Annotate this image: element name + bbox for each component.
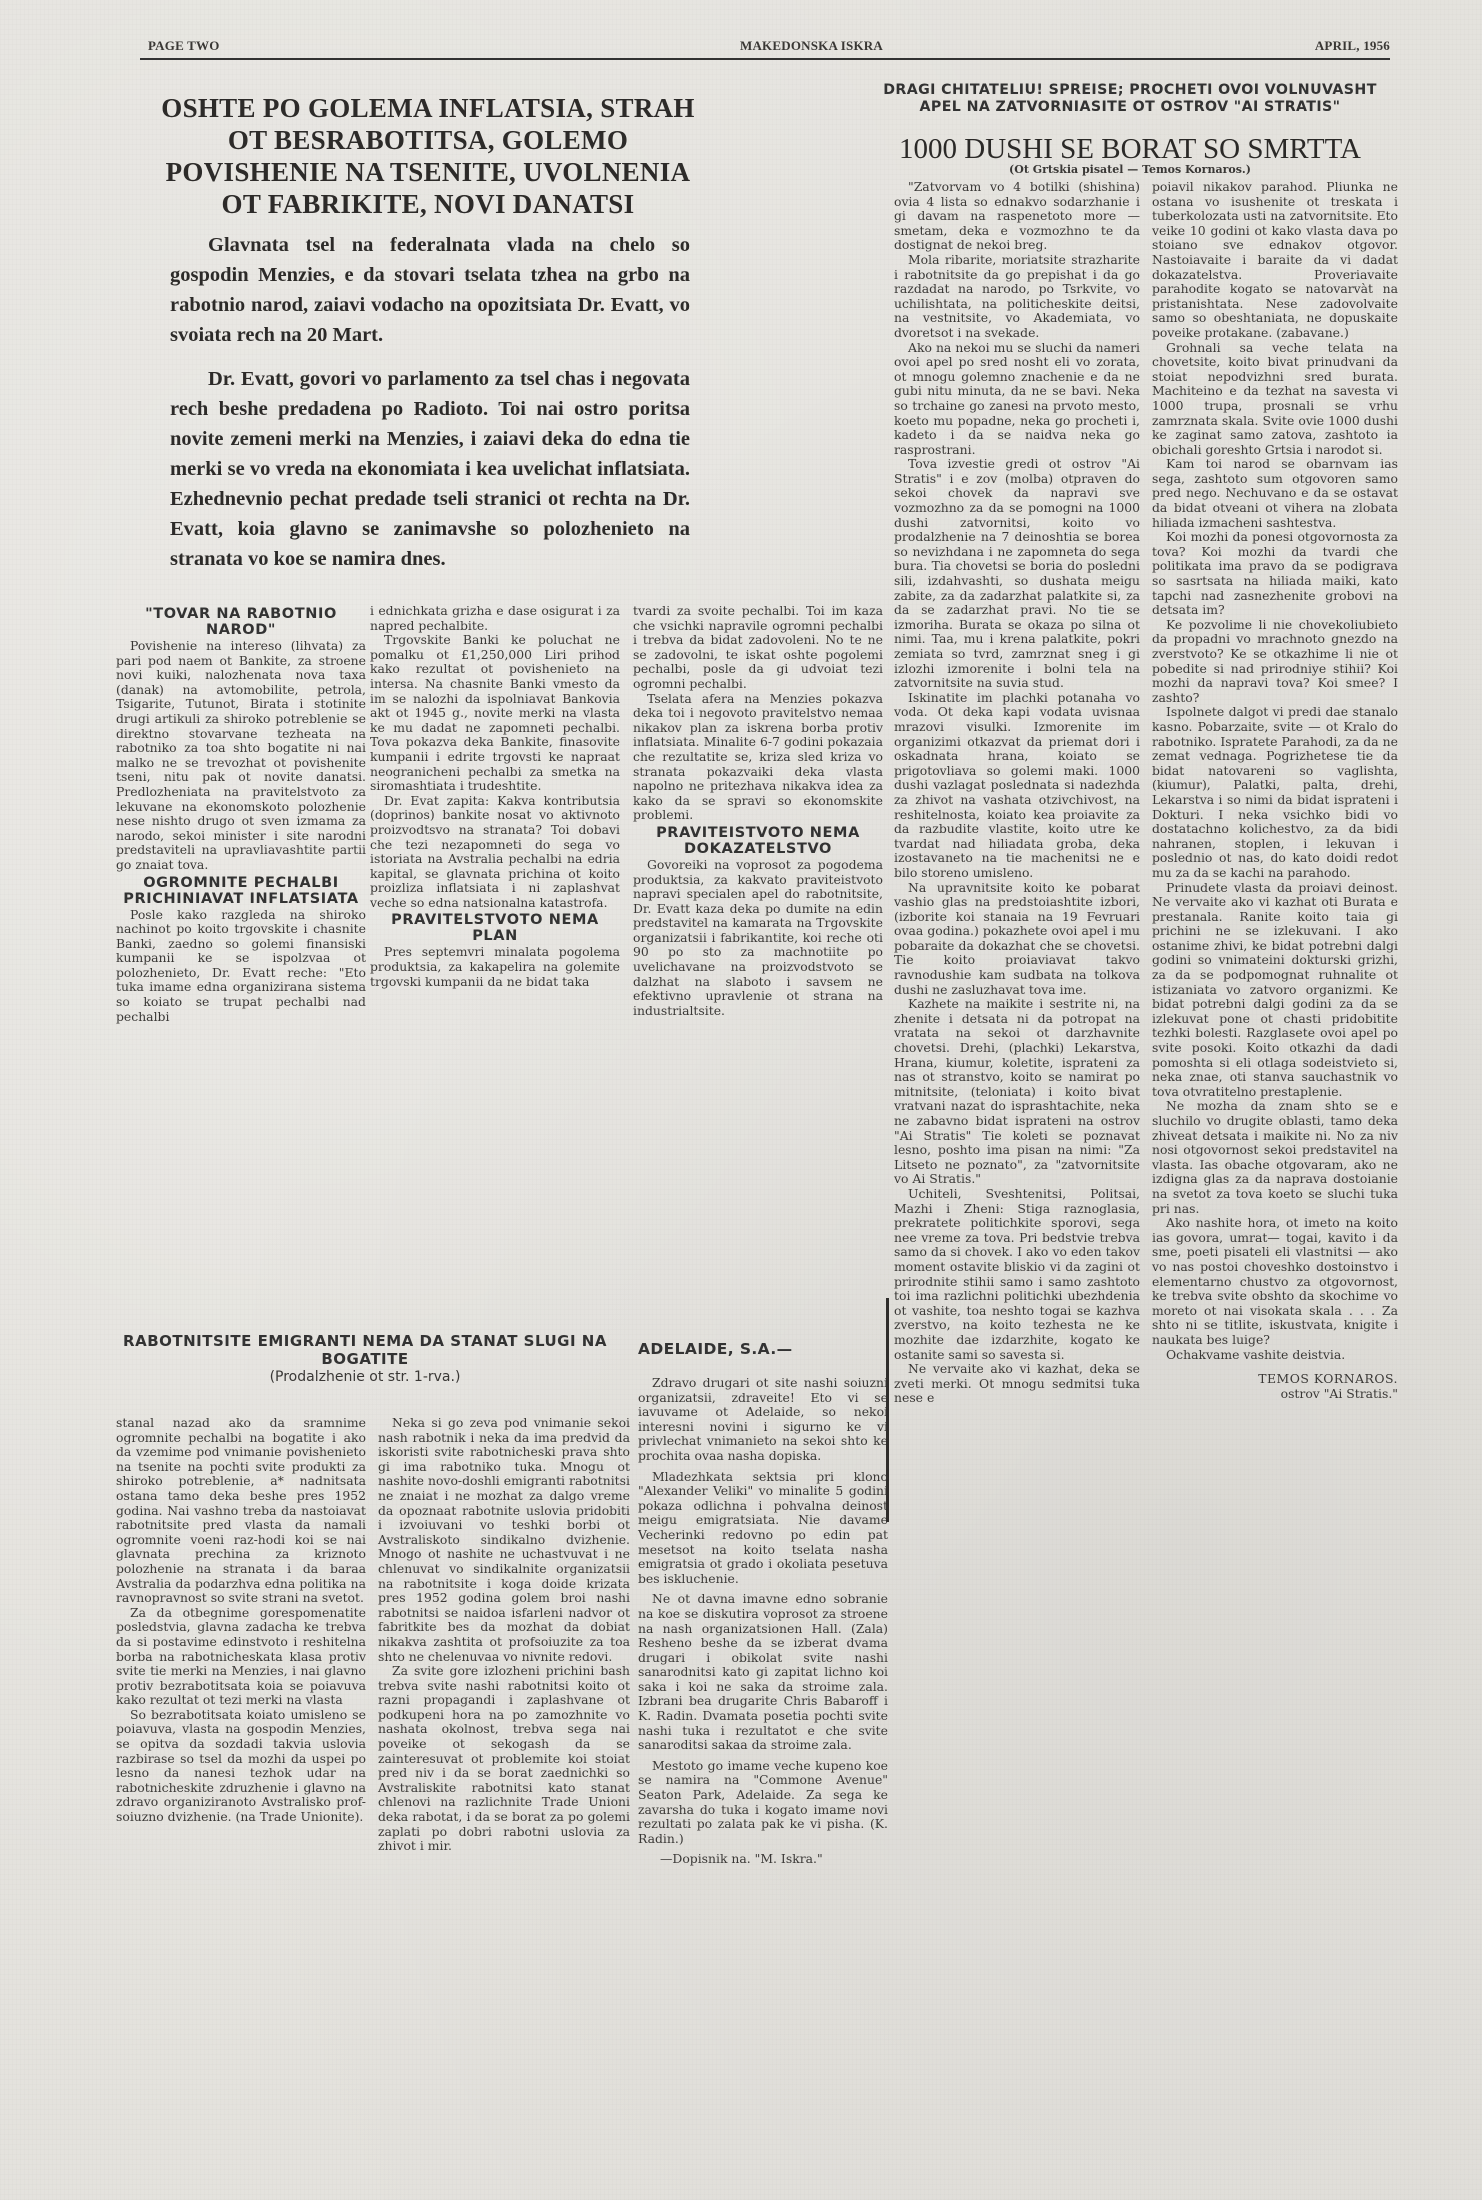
subhead: PRAVITELSTVOTO NEMA PLAN (370, 912, 620, 944)
paragraph: Ispolnete dalgot vi predi dae stanalo ka… (1152, 705, 1398, 880)
paragraph: Ochakvame vashite deistvia. (1152, 1348, 1398, 1363)
lead-paragraph: Glavnata tsel na federalnata vlada na ch… (170, 230, 690, 350)
newspaper-page: PAGE TWO MAKEDONSKA ISKRA APRIL, 1956 OS… (0, 0, 1482, 2200)
paragraph: Grohnali sa veche telata na chovetsite, … (1152, 341, 1398, 458)
main-article-column-3: tvardi za svoite pechalbi. Toi im kaza c… (633, 604, 883, 1018)
subhead: "TOVAR NA RABOTNIO NAROD" (116, 606, 366, 638)
paragraph: Iskinatite im plachki potanaha vo voda. … (894, 691, 1140, 881)
paragraph: Kazhete na maikite i sestrite ni, na zhe… (894, 997, 1140, 1187)
paragraph: Mladezhkata sektsia pri klono "Alexander… (638, 1470, 888, 1587)
paragraph: Pres septemvri minalata pogolema produkt… (370, 945, 620, 989)
apel-column-1: "Zatvorvam vo 4 botilki (shishina) ovia … (894, 180, 1140, 1406)
apel-kicker: DRAGI CHITATELIU! SPREISE; PROCHETI OVOI… (880, 82, 1380, 116)
issue-date: APRIL, 1956 (1315, 38, 1390, 54)
subhead: OGROMNITE PECHALBI PRICHINIAVAT INFLATSI… (116, 875, 366, 907)
main-article-column-1: "TOVAR NA RABOTNIO NAROD" Povishenie na … (116, 604, 366, 1024)
paragraph: Kam toi narod se obarnvam ias sega, zash… (1152, 457, 1398, 530)
paragraph: Povishenie na intereso (lihvata) za pari… (116, 639, 366, 873)
paragraph: Ne ot davna imavne edno sobranie na koe … (638, 1592, 888, 1753)
paragraph: Prinudete vlasta da proiavi deinost. Ne … (1152, 881, 1398, 1100)
paragraph: Govoreiki na voprosot za pogodema produk… (633, 858, 883, 1019)
paragraph: i ednichkata grizha e dase osigurat i za… (370, 604, 620, 633)
emigrant-column-1: stanal nazad ako da sramnime ogromnite p… (116, 1416, 366, 1825)
paragraph: So bezrabotitsata koiato umisleno se poi… (116, 1708, 366, 1825)
paragraph: Mola ribarite, moriatsite strazharite i … (894, 253, 1140, 341)
paragraph: Mestoto go imame veche kupeno koe se nam… (638, 1759, 888, 1847)
paragraph: Ako na nekoi mu se sluchi da nameri ovoi… (894, 341, 1140, 458)
newspaper-name: MAKEDONSKA ISKRA (740, 38, 883, 54)
paragraph: Uchiteli, Sveshtenitsi, Politsai, Mazhi … (894, 1187, 1140, 1362)
paragraph: Dr. Evat zapita: Kakva kontributsia (dop… (370, 794, 620, 911)
emigrant-headline: RABOTNITSITE EMIGRANTI NEMA DA STANAT SL… (110, 1332, 620, 1368)
paragraph: Trgovskite Banki ke poluchat ne pomalku … (370, 633, 620, 794)
paragraph: Za da otbegnime gorespomenatite posledst… (116, 1606, 366, 1708)
lead-paragraph: Dr. Evatt, govori vo parlamento za tsel … (170, 364, 690, 574)
paragraph: Zdravo drugari ot site nashi soiuzni org… (638, 1376, 888, 1464)
main-lead: Glavnata tsel na federalnata vlada na ch… (170, 230, 690, 588)
masthead: PAGE TWO MAKEDONSKA ISKRA APRIL, 1956 (140, 34, 1482, 56)
paragraph: Posle kako razgleda na shiroko nachinot … (116, 908, 366, 1025)
apel-byline: (Ot Grtskia pisatel — Temos Kornaros.) (870, 163, 1390, 176)
paragraph: Ke pozvolime li nie chovekoliubieto da p… (1152, 618, 1398, 706)
emigrant-continuation-note: (Prodalzhenie ot str. 1-rva.) (110, 1369, 620, 1385)
author-location: ostrov "Ai Stratis." (1152, 1387, 1398, 1402)
paragraph: stanal nazad ako da sramnime ogromnite p… (116, 1416, 366, 1606)
subhead: PRAVITEISTVOTO NEMA DOKAZATELSTVO (633, 825, 883, 857)
adelaide-column: Zdravo drugari ot site nashi soiuzni org… (638, 1376, 888, 1873)
paragraph: Tova izvestie gredi ot ostrov "Ai Strati… (894, 457, 1140, 691)
adelaide-headline: ADELAIDE, S.A.— (638, 1340, 888, 1358)
paragraph: Koi mozhi da ponesi otgovornosta za tova… (1152, 530, 1398, 618)
author-signature: TEMOS KORNAROS. (1152, 1372, 1398, 1387)
paragraph: Tselata afera na Menzies pokazva deka to… (633, 692, 883, 823)
paragraph: Ako nashite hora, ot imeto na koito ias … (1152, 1216, 1398, 1347)
column-divider (886, 1298, 889, 1522)
apel-column-2: poiavil nikakov parahod. Pliunka ne osta… (1152, 180, 1398, 1401)
paragraph: Na upravnitsite koito ke pobarat vashio … (894, 881, 1140, 998)
paragraph: "Zatvorvam vo 4 botilki (shishina) ovia … (894, 180, 1140, 253)
emigrant-column-2: Neka si go zeva pod vnimanie sekoi nash … (378, 1416, 630, 1854)
correspondent-signoff: —Dopisnik na. "M. Iskra." (638, 1852, 888, 1867)
paragraph: poiavil nikakov parahod. Pliunka ne osta… (1152, 180, 1398, 341)
paragraph: Ne vervaite ako vi kazhat, deka se zveti… (894, 1362, 1140, 1406)
paragraph: Ne mozha da znam shto se e sluchilo vo d… (1152, 1099, 1398, 1216)
apel-headline: 1000 DUSHI SE BORAT SO SMRTTA (870, 134, 1390, 164)
paragraph: Neka si go zeva pod vnimanie sekoi nash … (378, 1416, 630, 1664)
page-number: PAGE TWO (148, 38, 220, 54)
paragraph: tvardi za svoite pechalbi. Toi im kaza c… (633, 604, 883, 692)
masthead-divider (140, 58, 1390, 60)
main-article-column-2: i ednichkata grizha e dase osigurat i za… (370, 604, 620, 989)
main-headline: OSHTE PO GOLEMA INFLATSIA, STRAH OT BESR… (158, 92, 698, 220)
paragraph: Za svite gore izlozheni prichini bash tr… (378, 1664, 630, 1854)
